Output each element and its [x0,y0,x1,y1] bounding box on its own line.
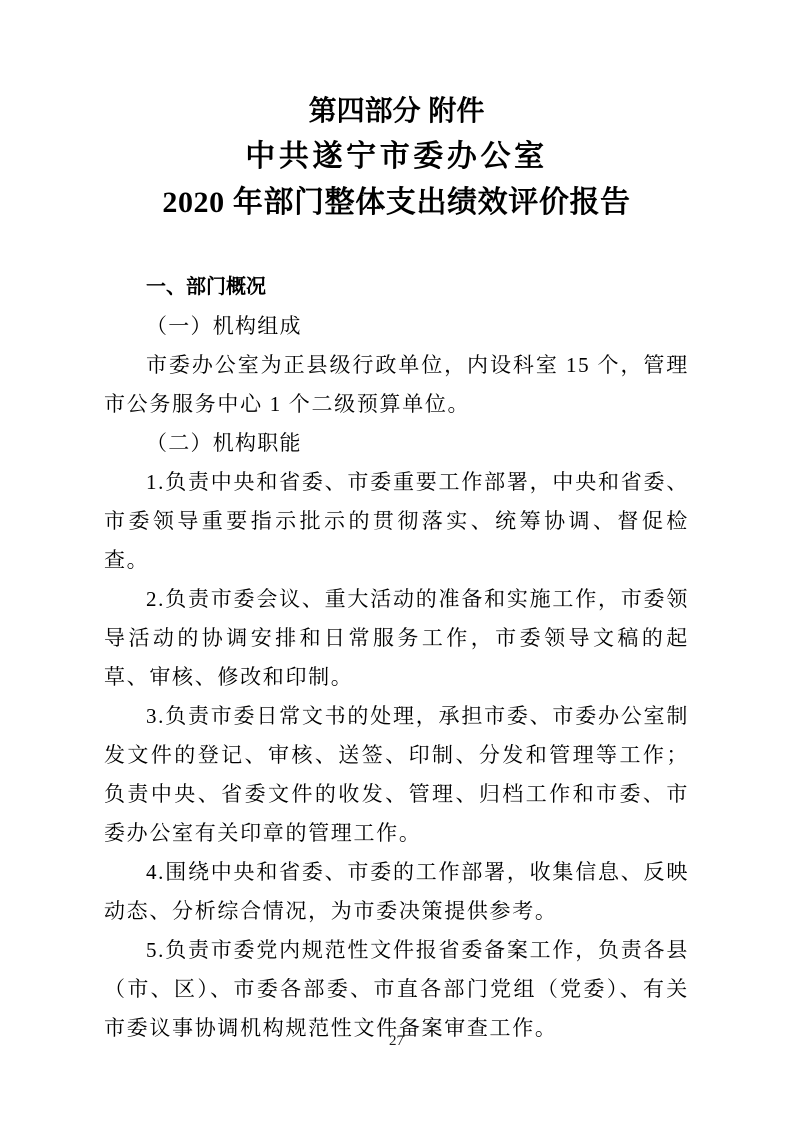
paragraph-organization-composition: 市委办公室为正县级行政单位，内设科室 15 个，管理市公务服务中心 1 个二级预… [104,346,689,424]
subsection-heading-organization-composition: （一）机构组成 [104,307,689,346]
paragraph-function-3: 3.负责市委日常文书的处理，承担市委、市委办公室制发文件的登记、审核、送签、印制… [104,697,689,853]
paragraph-function-4: 4.围绕中央和省委、市委的工作部署，收集信息、反映动态、分析综合情况，为市委决策… [104,853,689,931]
section-heading-department-overview: 一、部门概况 [104,268,689,307]
paragraph-function-5: 5.负责市委党内规范性文件报省委备案工作，负责各县（市、区）、市委各部委、市直各… [104,931,689,1048]
page-number: 27 [0,1033,793,1050]
subsection-heading-organization-functions: （二）机构职能 [104,424,689,463]
document-page: 第四部分 附件 中共遂宁市委办公室 2020 年部门整体支出绩效评价报告 一、部… [0,0,793,1122]
document-body: 一、部门概况 （一）机构组成 市委办公室为正县级行政单位，内设科室 15 个，管… [104,268,689,1048]
document-title-part: 第四部分 附件 [104,88,689,134]
document-title-organization: 中共遂宁市委办公室 [104,134,689,180]
paragraph-function-1: 1.负责中央和省委、市委重要工作部署，中央和省委、市委领导重要指示批示的贯彻落实… [104,463,689,580]
document-title-report: 2020 年部门整体支出绩效评价报告 [104,180,689,226]
paragraph-function-2: 2.负责市委会议、重大活动的准备和实施工作，市委领导活动的协调安排和日常服务工作… [104,580,689,697]
